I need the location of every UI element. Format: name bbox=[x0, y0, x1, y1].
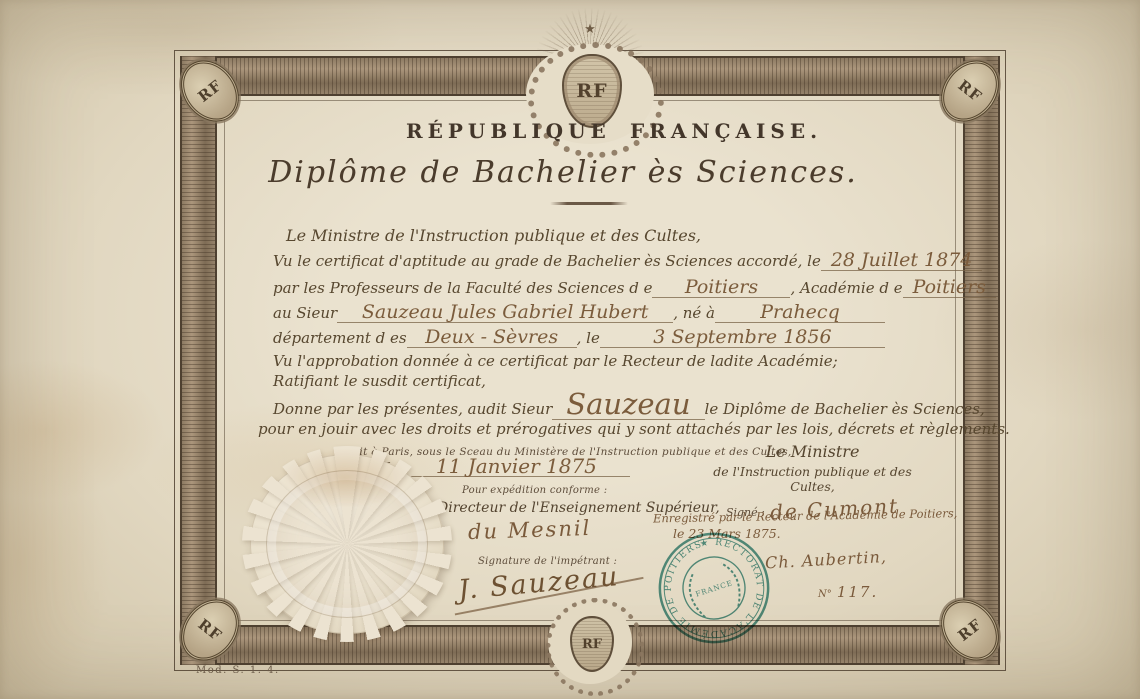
field-academie: Poitiers bbox=[903, 278, 996, 298]
printed-text: Vu le certificat d'aptitude au grade de … bbox=[273, 252, 821, 270]
body-line-donne: Donne par les présentes, audit Sieur Sau… bbox=[273, 390, 885, 420]
printed-text: , Académie d e bbox=[790, 279, 902, 297]
corner-monogram: RF bbox=[195, 76, 226, 106]
printed-text: , le bbox=[577, 329, 600, 347]
title-divider bbox=[550, 202, 628, 205]
printed-text: département d es bbox=[273, 329, 407, 347]
body-line-faculte: par les Professeurs de la Faculté des Sc… bbox=[273, 278, 885, 298]
body-line-approbation: Vu l'approbation donnée à ce certificat … bbox=[273, 352, 838, 370]
field-date-naissance: 3 Septembre 1856 bbox=[600, 328, 885, 348]
field-departement: Deux - Sèvres bbox=[407, 328, 577, 348]
body-line-sieur: au Sieur Sauzeau Jules Gabriel Hubert , … bbox=[273, 303, 885, 323]
seal-stain bbox=[280, 448, 410, 508]
bottom-rf-ornament-icon: RF bbox=[540, 594, 640, 694]
corner-monogram: RF bbox=[955, 76, 986, 106]
field-date-expedition: 11 Janvier 1875 bbox=[403, 456, 630, 477]
corner-monogram: RF bbox=[195, 615, 226, 645]
registration-number-row: N° 117. bbox=[818, 582, 933, 601]
body-line-jouir: pour en jouir avec les droits et préroga… bbox=[258, 420, 1010, 438]
header-francaise: FRANÇAISE. bbox=[630, 119, 822, 143]
field-nom-diplome: Sauzeau bbox=[552, 390, 704, 420]
body-line-ratifiant: Ratifiant le susdit certificat, bbox=[273, 372, 486, 390]
printed-text: , né à bbox=[673, 304, 715, 322]
printed-text: Donne par les présentes, audit Sieur bbox=[273, 400, 552, 418]
printed-text: par les Professeurs de la Faculté des Sc… bbox=[273, 279, 652, 297]
number-label: N° bbox=[818, 589, 832, 600]
border-band-left bbox=[180, 56, 217, 665]
minister-title-line1: Le Ministre bbox=[695, 442, 930, 461]
body-line-departement: département d es Deux - Sèvres , le 3 Se… bbox=[273, 328, 885, 348]
recteur-signature: Ch. Aubertin, bbox=[765, 545, 934, 573]
body-line-certificat: Vu le certificat d'aptitude au grade de … bbox=[273, 251, 885, 271]
header-republique: RÉPUBLIQUE bbox=[406, 119, 611, 143]
printed-text: au Sieur bbox=[273, 304, 337, 322]
model-reference: Mod. S. 1. 4. bbox=[196, 665, 280, 676]
directeur-signature: du Mesnil bbox=[468, 516, 592, 544]
star-icon: ★ bbox=[505, 22, 675, 37]
registration-line1: Enregistré par le Recteur de l'Académie … bbox=[653, 507, 933, 526]
number-value: 117. bbox=[837, 583, 878, 601]
minister-title-line2: de l'Instruction publique et des Cultes, bbox=[695, 464, 930, 494]
diploma-title: Diplôme de Bachelier ès Sciences. bbox=[150, 155, 976, 190]
border-band-right bbox=[963, 56, 1000, 665]
bottom-monogram: RF bbox=[582, 637, 602, 652]
expedition-conforme-label: Pour expédition conforme : bbox=[462, 485, 607, 496]
stamp-center-text: FRANCE bbox=[694, 578, 734, 599]
printed-text: le Diplôme de Bachelier ès Sciences, bbox=[705, 400, 985, 418]
diploma-sheet: RF RF RF RF RF ★ RÉPUBLIQUE FRANÇAISE. D… bbox=[0, 0, 1140, 699]
body-line-minister: Le Ministre de l'Instruction publique et… bbox=[286, 226, 701, 245]
field-faculte-ville: Poitiers bbox=[652, 278, 790, 298]
corner-monogram: RF bbox=[955, 615, 986, 645]
field-date-certificat: 28 Juillet 1874 bbox=[821, 251, 983, 271]
crest-monogram: RF bbox=[576, 80, 607, 102]
field-lieu-naissance: Prahecq bbox=[715, 303, 885, 323]
field-nom: Sauzeau Jules Gabriel Hubert bbox=[337, 303, 673, 323]
